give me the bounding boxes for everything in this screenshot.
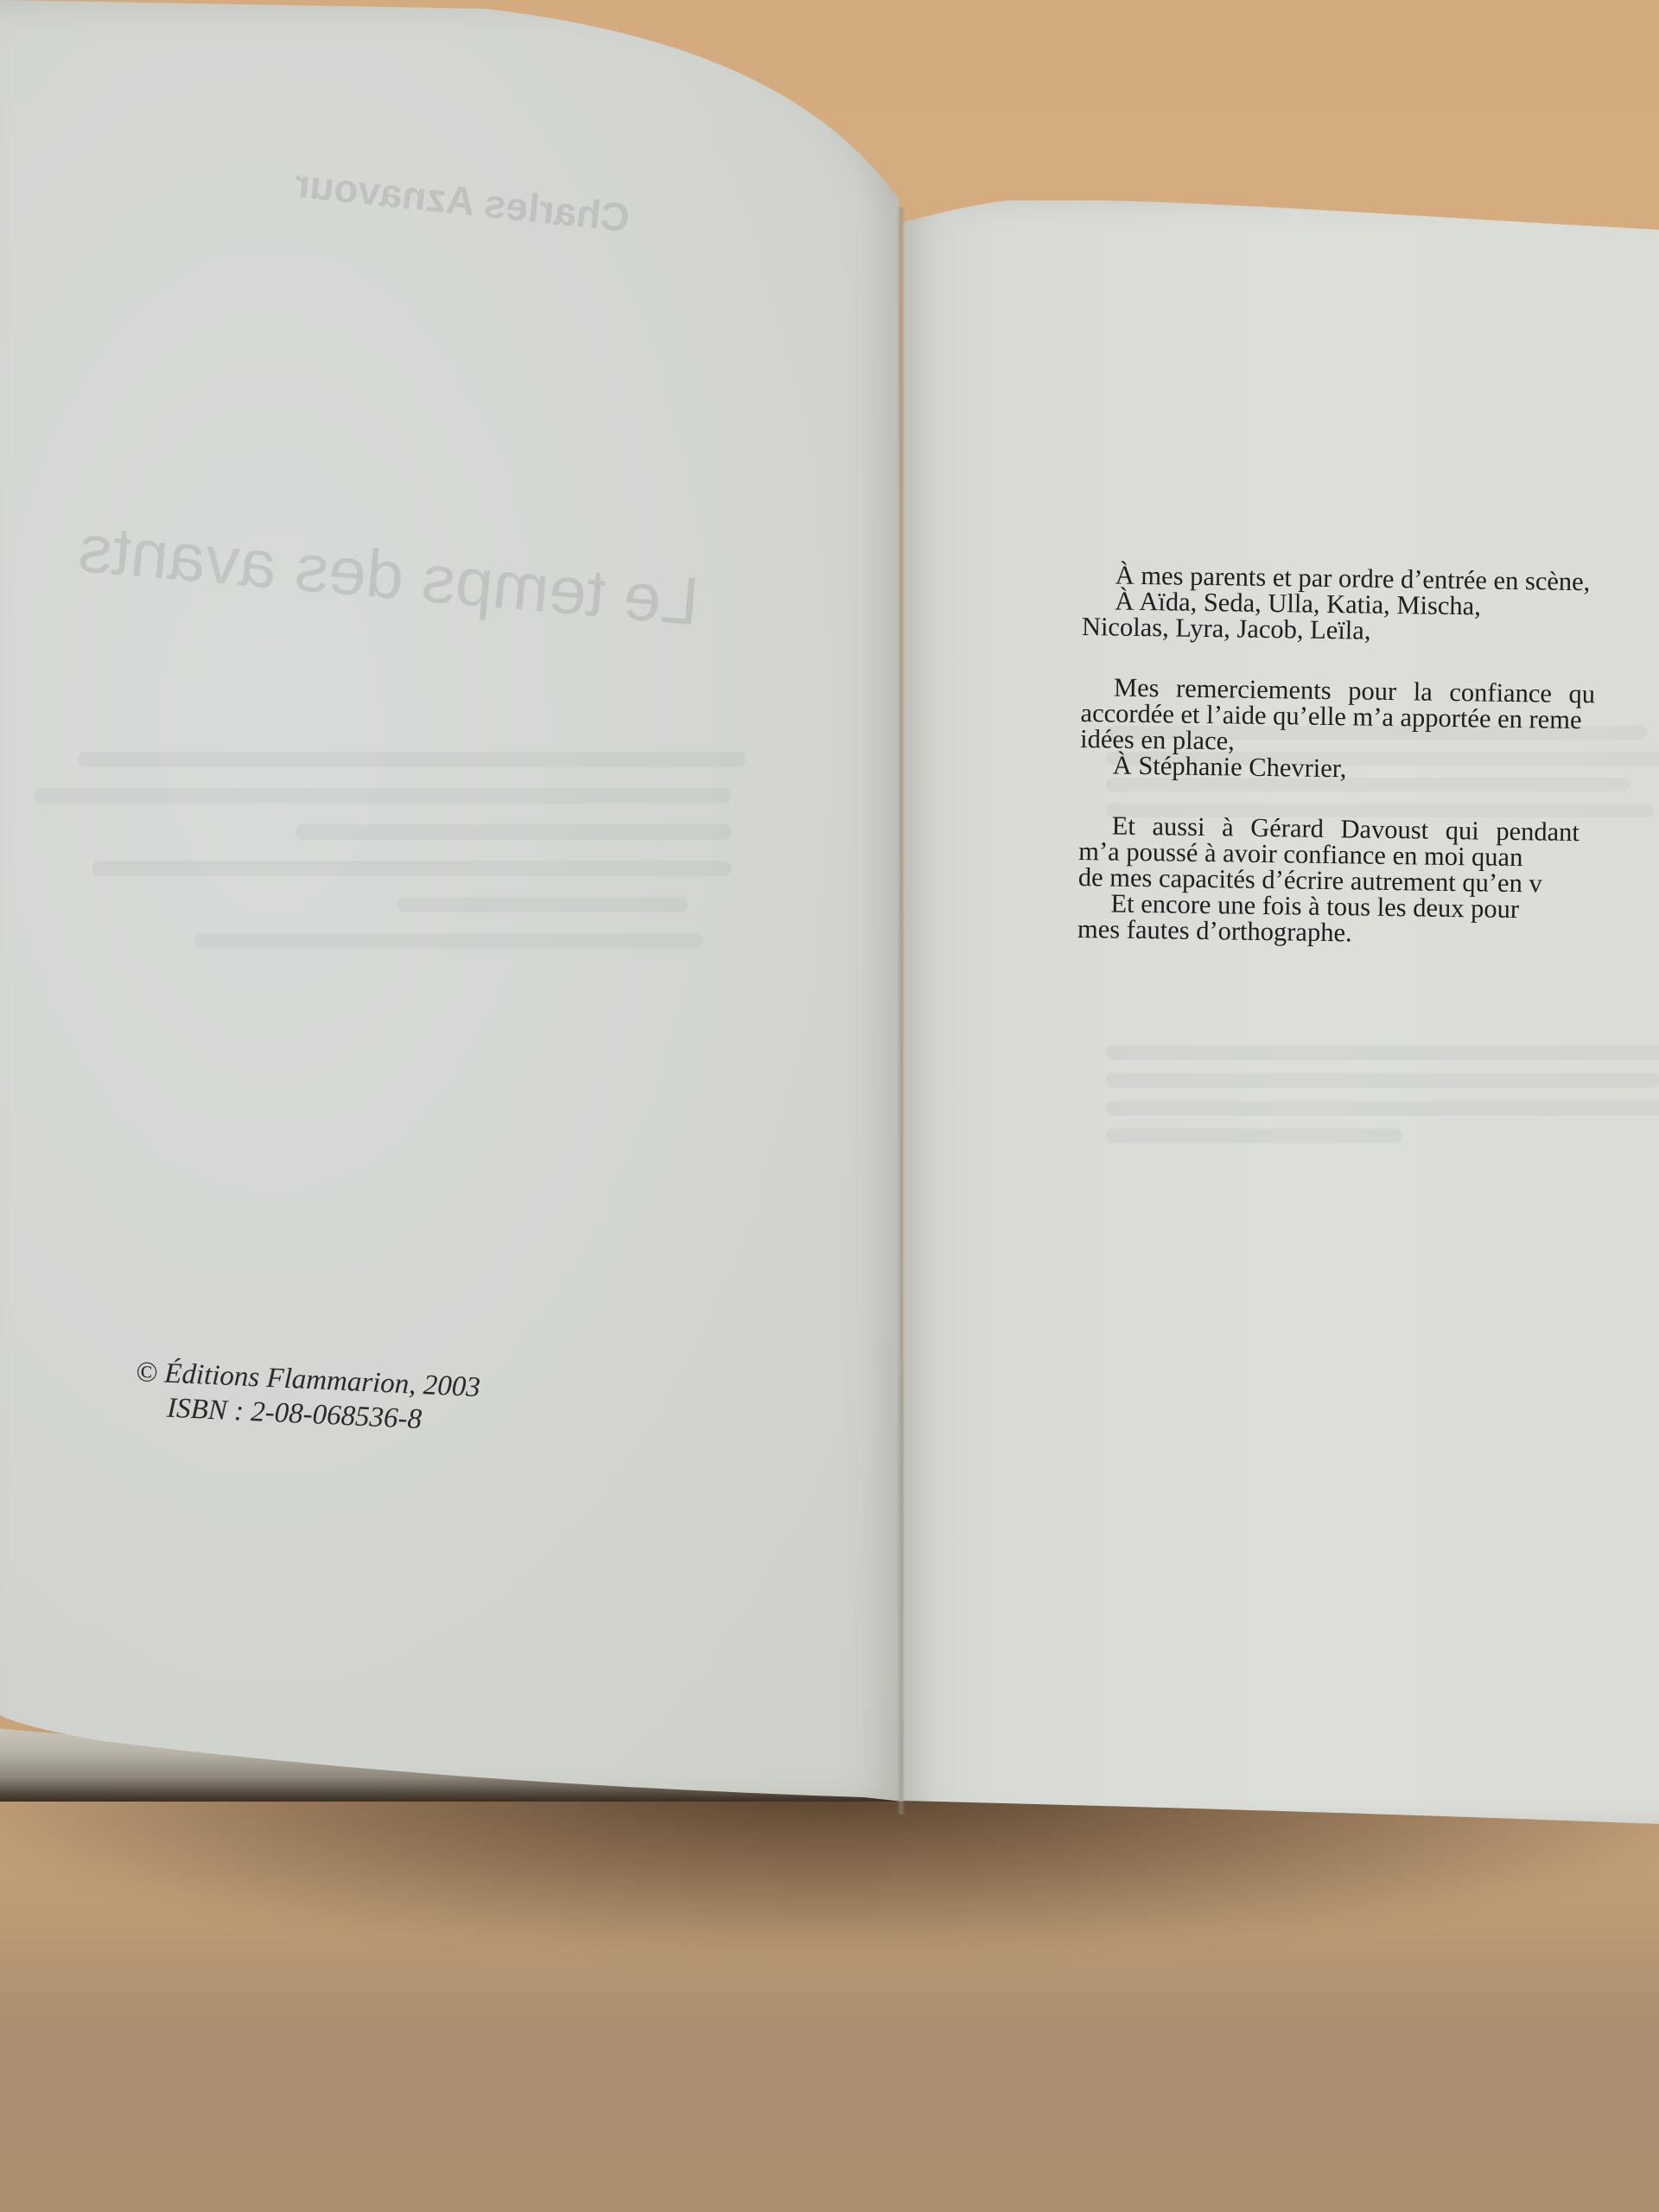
show-through-text-lines xyxy=(35,752,760,969)
book-photo-scene: Charles Aznavour Le temps des avants © É… xyxy=(0,0,1659,2212)
dedication-text: À mes parents et par ordre d’entrée en s… xyxy=(1077,562,1659,950)
book-gutter xyxy=(897,207,906,1815)
right-show-through-bottom xyxy=(1106,1046,1659,1156)
right-page xyxy=(903,200,1659,1825)
